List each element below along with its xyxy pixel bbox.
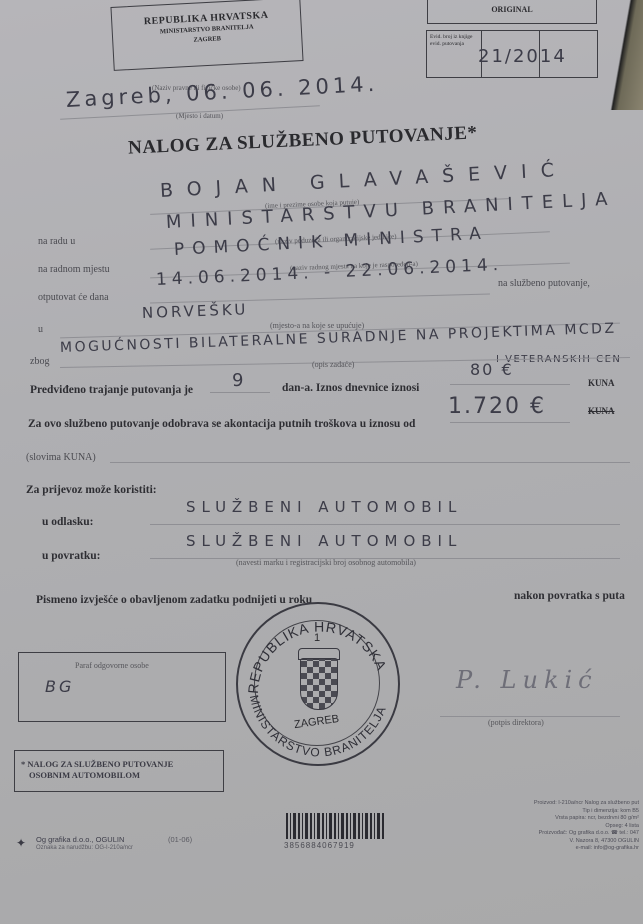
paraf-label: Paraf odgovorne osobe	[75, 661, 149, 670]
document-title: NALOG ZA SLUŽBENO PUTOVANJE*	[128, 122, 478, 159]
departure-value: SLUŽBENI AUTOMOBIL	[186, 498, 462, 516]
evidence-number: 21/2014	[478, 46, 567, 67]
product-info-line: Vrsta papira: ncr, bezdrvni 80 g/m²	[534, 815, 639, 823]
purpose-label: zbog	[30, 356, 49, 367]
paraf-box: Paraf odgovorne osobe BG	[18, 652, 226, 722]
product-info-line: Proizvod: I-210a/ncr Nalog za službeno p…	[534, 800, 639, 808]
publisher-logo-icon: ✦	[16, 836, 26, 851]
transport-heading: Za prijevoz može koristiti:	[26, 484, 157, 496]
page-edge-shadow	[603, 0, 643, 110]
position-label: na radnom mjestu	[38, 264, 110, 275]
advance-words-label: (slovima KUNA)	[26, 452, 96, 463]
duration-mid-label: dan-a. Iznos dnevnice iznosi	[282, 382, 419, 394]
director-signature: P. Lukić	[456, 666, 598, 694]
issuer-box: REPUBLIKA HRVATSKA MINISTARSTVO BRANITEL…	[110, 0, 303, 71]
per-diem-currency: KUNA	[588, 378, 615, 388]
official-stamp: REPUBLIKA HRVATSKA MINISTARSTVO BRANITEL…	[236, 602, 400, 766]
note-line-2: OSOBNIM AUTOMOBILOM	[29, 770, 223, 781]
product-info-line: Proizvođač: Og grafika d.o.o. ☎ tel.: 04…	[534, 830, 639, 838]
signature-hint: (potpis direktora)	[488, 718, 544, 727]
destination-label: u	[38, 324, 43, 335]
product-info-line: e-mail: info@og-grafika.hr	[534, 845, 639, 853]
dates-suffix: na službeno putovanje,	[498, 278, 590, 289]
note-box: * NALOG ZA SLUŽBENO PUTOVANJE OSOBNIM AU…	[14, 750, 224, 792]
destination-hint: (mjesto-a na koje se upućuje)	[270, 321, 364, 330]
evidence-label: Evid. broj iz knjige evid. putovanja	[427, 31, 482, 77]
stamp-number: 1	[314, 632, 320, 644]
departure-label: u odlasku:	[42, 516, 93, 528]
advance-amount: 1.720 €	[448, 394, 546, 419]
footer-order-label: Oznaka za narudžbu: OG-I-210a/ncr	[36, 845, 133, 851]
duration-days: 9	[232, 370, 246, 391]
per-diem-value: 80 €	[470, 360, 514, 379]
transport-hint: (navesti marku i registracijski broj oso…	[236, 558, 416, 567]
coat-of-arms-icon	[300, 658, 338, 710]
product-info-line: Opseg: 4 lista	[534, 823, 639, 831]
return-value: SLUŽBENI AUTOMOBIL	[186, 532, 462, 550]
dates-value: 14.06.2014. - 22.06.2014.	[156, 255, 504, 290]
place-date-value: Zagreb, 06. 06. 2014.	[65, 72, 378, 112]
document-page: REPUBLIKA HRVATSKA MINISTARSTVO BRANITEL…	[0, 0, 643, 924]
paraf-initials: BG	[45, 677, 74, 696]
advance-currency: KUNA	[588, 406, 615, 416]
barcode-number: 3856884067919	[284, 841, 355, 850]
original-box: ORIGINAL	[427, 0, 597, 24]
dates-label: otputovat će dana	[38, 292, 109, 303]
purpose-hint: (opis zadaće)	[312, 360, 354, 369]
product-info-line: V. Nazora 8, 47300 OGULIN	[534, 838, 639, 846]
return-label: u povratku:	[42, 550, 100, 562]
footer-code: (01-06)	[168, 835, 192, 844]
duration-label: Predviđeno trajanje putovanja je	[30, 384, 193, 396]
footer-product-info: Proizvod: I-210a/ncr Nalog za službeno p…	[534, 800, 639, 853]
footer-publisher: Og grafika d.o.o., OGULIN	[36, 835, 124, 844]
product-info-line: Tip i dimenzija: kom B5	[534, 808, 639, 816]
advance-label: Za ovo službeno putovanje odobrava se ak…	[28, 418, 415, 430]
original-label: ORIGINAL	[428, 5, 596, 14]
barcode	[286, 813, 386, 839]
report-suffix: nakon povratka s puta	[514, 590, 625, 602]
destination-value: NORVEŠKU	[142, 300, 249, 322]
note-line-1: * NALOG ZA SLUŽBENO PUTOVANJE	[21, 759, 223, 770]
workplace-label: na radu u	[38, 236, 75, 247]
